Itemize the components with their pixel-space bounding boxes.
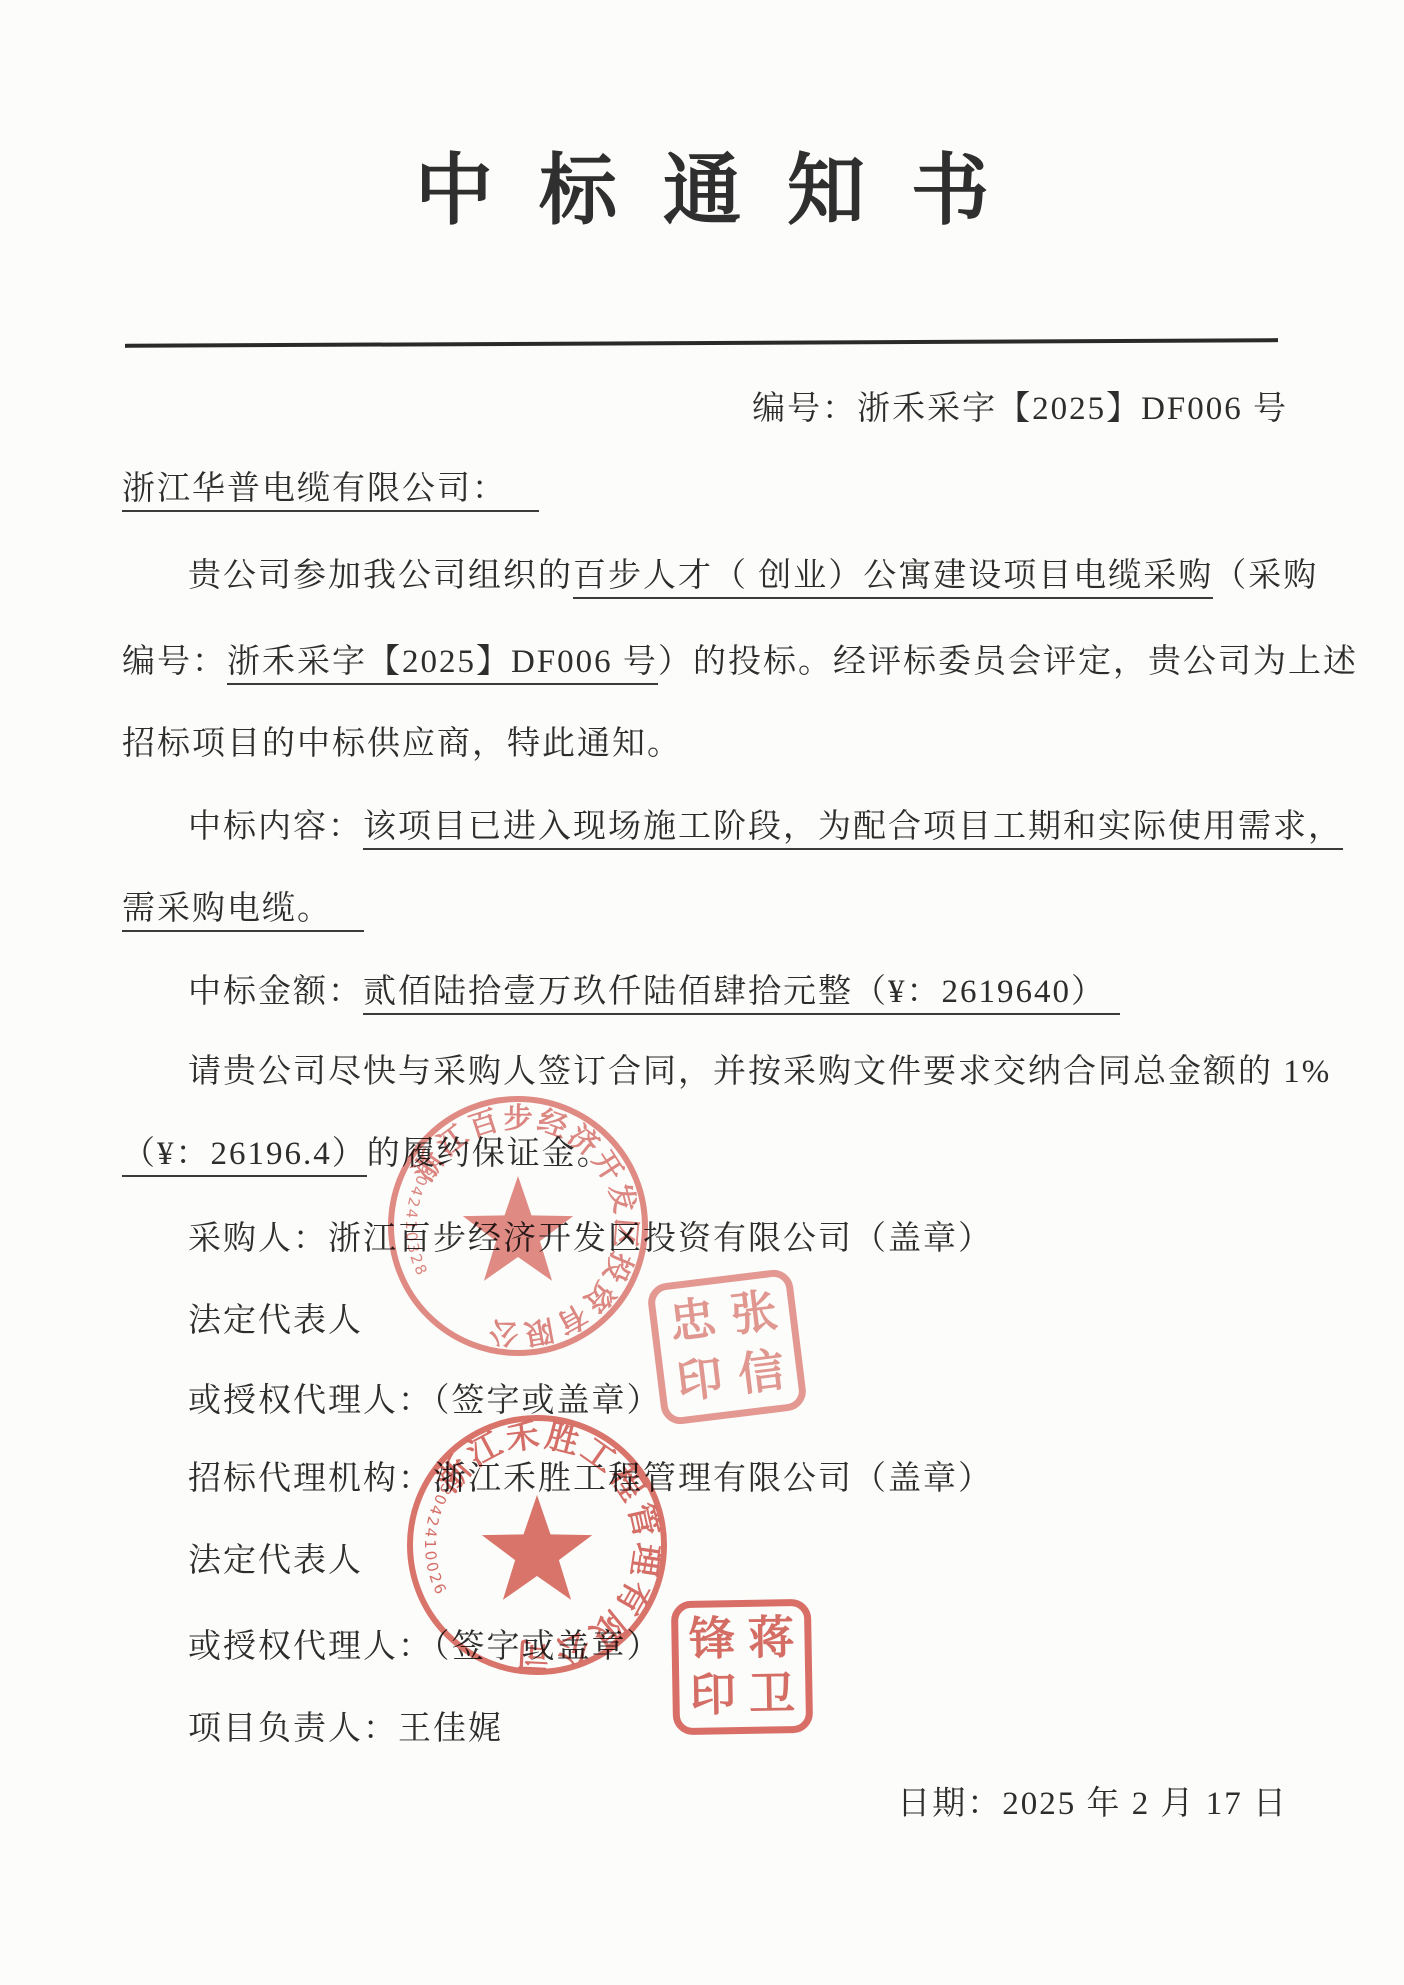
agency-text: 招标代理机构：浙江禾胜工程管理有限公司（盖章） [188, 1461, 993, 1497]
award-content-line-1: 中标内容：该项目已进入现场施工阶段，为配合项目工期和实际使用需求， [122, 805, 1288, 849]
body-text: ）的投标。经评标委员会评定，贵公司为上述 [658, 644, 1358, 680]
award-content-underlined: 需采购电缆。 [122, 891, 364, 932]
date-text: 日期：2025 年 2 月 17 日 [897, 1786, 1288, 1822]
salutation-line: 浙江华普电缆有限公司： [122, 467, 1288, 511]
award-content-label: 中标内容： [188, 809, 363, 845]
body-text: 招标项目的中标供应商，特此通知。 [122, 726, 682, 762]
purchaser-line: 采购人：浙江百步经济开发区投资有限公司（盖章） [122, 1217, 1288, 1261]
body-text: 编号： [122, 644, 227, 680]
award-amount-label: 中标金额： [188, 974, 363, 1010]
award-content-underlined: 该项目已进入现场施工阶段，为配合项目工期和实际使用需求， [363, 809, 1343, 850]
ref-number-text: 编号：浙禾采字【2025】DF006 号 [752, 391, 1288, 427]
contract-notice-line-1: 请贵公司尽快与采购人签订合同，并按采购文件要求交纳合同总金额的 1% [122, 1050, 1288, 1094]
award-content-line-2: 需采购电缆。 [122, 887, 1288, 931]
authorized-agent-text: 或授权代理人：（签字或盖章） [188, 1383, 662, 1419]
authorized-agent-line-2: 或授权代理人：（签字或盖章） [122, 1625, 1288, 1669]
project-manager-text: 项目负责人：王佳娓 [188, 1711, 503, 1747]
body-text: 的履约保证金。 [367, 1136, 612, 1172]
document-title: 中标通知书 [0, 128, 1404, 240]
body-text: 请贵公司尽快与采购人签订合同，并按采购文件要求交纳合同总金额的 1% [188, 1054, 1331, 1090]
body-text: （采购 [1213, 558, 1318, 594]
legal-rep-text: 法定代表人 [188, 1543, 363, 1579]
recipient-company-name: 浙江华普电缆有限公司： [122, 471, 539, 512]
body-text: 贵公司参加我公司组织的 [188, 558, 573, 594]
scanned-document-page: 中标通知书 编号：浙禾采字【2025】DF006 号 浙江华普电缆有限公司： 贵… [0, 0, 1404, 1985]
agency-line: 招标代理机构：浙江禾胜工程管理有限公司（盖章） [122, 1457, 1288, 1501]
authorized-agent-line-1: 或授权代理人：（签字或盖章） [122, 1379, 1288, 1423]
date-line: 日期：2025 年 2 月 17 日 [122, 1782, 1288, 1826]
title-divider-rule [125, 338, 1278, 348]
procurement-number-underlined: 浙禾采字【2025】DF006 号 [227, 644, 658, 685]
project-name-underlined: 百步人才（ 创业）公寓建设项目电缆采购 [573, 558, 1213, 599]
deposit-amount-underlined: （¥：26196.4） [122, 1136, 367, 1177]
legal-rep-text: 法定代表人 [188, 1303, 363, 1339]
body-line-1: 贵公司参加我公司组织的百步人才（ 创业）公寓建设项目电缆采购（采购 [122, 554, 1288, 598]
legal-rep-line-2: 法定代表人 [122, 1539, 1288, 1583]
award-amount-line: 中标金额：贰佰陆拾壹万玖仟陆佰肆拾元整（¥：2619640） [122, 970, 1288, 1014]
award-amount-underlined: 贰佰陆拾壹万玖仟陆佰肆拾元整（¥：2619640） [363, 974, 1120, 1015]
contract-notice-line-2: （¥：26196.4）的履约保证金。 [122, 1132, 1288, 1176]
legal-rep-line-1: 法定代表人 [122, 1299, 1288, 1343]
body-line-3: 招标项目的中标供应商，特此通知。 [122, 722, 1288, 766]
body-line-2: 编号：浙禾采字【2025】DF006 号）的投标。经评标委员会评定，贵公司为上述 [122, 640, 1288, 684]
purchaser-text: 采购人：浙江百步经济开发区投资有限公司（盖章） [188, 1221, 993, 1257]
project-manager-line: 项目负责人：王佳娓 [122, 1707, 1288, 1751]
ref-number-line: 编号：浙禾采字【2025】DF006 号 [122, 387, 1288, 431]
authorized-agent-text: 或授权代理人：（签字或盖章） [188, 1629, 662, 1665]
